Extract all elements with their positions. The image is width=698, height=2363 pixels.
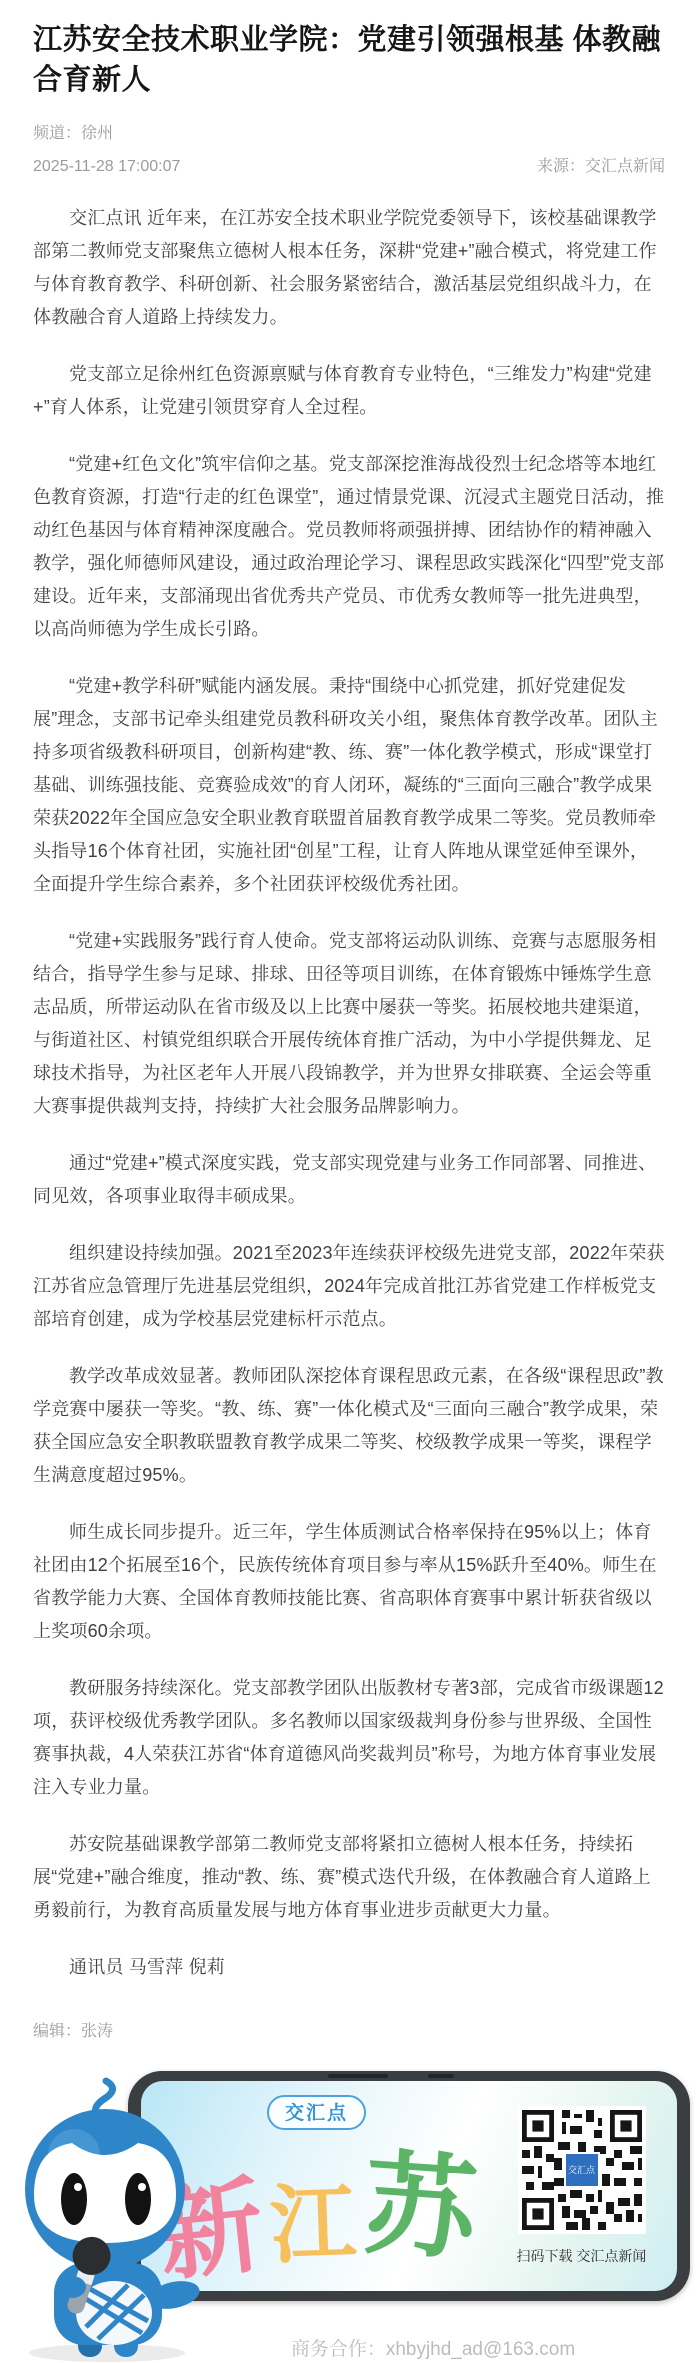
- qr-caption: 扫码下载 交汇点新闻: [517, 2246, 647, 2266]
- article-paragraph: 师生成长同步提升。近三年，学生体质测试合格率保持在95%以上；体育社团由12个拓…: [33, 1516, 665, 1648]
- article-paragraph: 教学改革成效显著。教师团队深挖体育课程思政元素，在各级“课程思政”教学竞赛中屡获…: [33, 1360, 665, 1492]
- article-body: 交汇点讯 近年来，在江苏安全技术职业学院党委领导下，该校基础课教学部第二教师党支…: [33, 202, 665, 1984]
- article-paragraph: 交汇点讯 近年来，在江苏安全技术职业学院党委领导下，该校基础课教学部第二教师党支…: [33, 202, 665, 334]
- article-paragraph: 苏安院基础课教学部第二教师党支部将紧扣立德树人根本任务，持续拓展“党建+”融合维…: [33, 1828, 665, 1927]
- qr-code: 交汇点: [518, 2106, 646, 2234]
- article-meta: 频道：徐州 2025-11-28 17:00:07 来源：交汇点新闻: [33, 120, 665, 176]
- promo-banner[interactable]: 交汇点 新 江 苏: [0, 2063, 698, 2363]
- article-paragraph: “党建+教学科研”赋能内涵发展。秉持“围绕中心抓党建，抓好党建促发展”理念，支部…: [33, 670, 665, 901]
- article-paragraph: 组织建设持续加强。2021至2023年连续获评校级先进党支部，2022年荣获江苏…: [33, 1237, 665, 1336]
- qr-area: 交汇点 扫码下载 交汇点新闻: [492, 2081, 677, 2291]
- brand-char-jiang: 江: [267, 2154, 357, 2281]
- mascot-illustration: [2, 2077, 214, 2363]
- page-title: 江苏安全技术职业学院：党建引领强根基 体教融合育新人: [33, 20, 665, 100]
- article-page: 江苏安全技术职业学院：党建引领强根基 体教融合育新人 频道：徐州 2025-11…: [0, 0, 698, 2041]
- phone-camera-slot: [428, 2074, 454, 2078]
- source-label: 来源：交汇点新闻: [537, 153, 665, 176]
- article-paragraph: “党建+红色文化”筑牢信仰之基。党支部深挖淮海战役烈士纪念塔等本地红色教育资源，…: [33, 448, 665, 646]
- article-paragraph: “党建+实践服务”践行育人使命。党支部将运动队训练、竞赛与志愿服务相结合，指导学…: [33, 925, 665, 1123]
- phone-screen: 交汇点 新 江 苏: [141, 2081, 677, 2291]
- article-paragraph: 通讯员 马雪萍 倪莉: [33, 1951, 665, 1984]
- business-contact: 商务合作：xhbyjhd_ad@163.com: [0, 2334, 698, 2361]
- article-paragraph: 通过“党建+”模式深度实践，党支部实现党建与业务工作同部署、同推进、同见效，各项…: [33, 1147, 665, 1213]
- publish-datetime: 2025-11-28 17:00:07: [33, 158, 180, 176]
- article-paragraph: 教研服务持续深化。党支部教学团队出版教材专著3部，完成省市级课题12项，获评校级…: [33, 1672, 665, 1804]
- phone-speaker-slot: [328, 2074, 388, 2078]
- editor-credit: 编辑：张涛: [33, 2018, 665, 2041]
- app-badge: 交汇点: [267, 2095, 366, 2130]
- qr-center-logo: 交汇点: [564, 2152, 600, 2188]
- channel-label: 频道：徐州: [33, 120, 665, 143]
- article-paragraph: 党支部立足徐州红色资源禀赋与体育教育专业特色，“三维发力”构建“党建+”育人体系…: [33, 358, 665, 424]
- brand-char-su: 苏: [359, 2114, 482, 2282]
